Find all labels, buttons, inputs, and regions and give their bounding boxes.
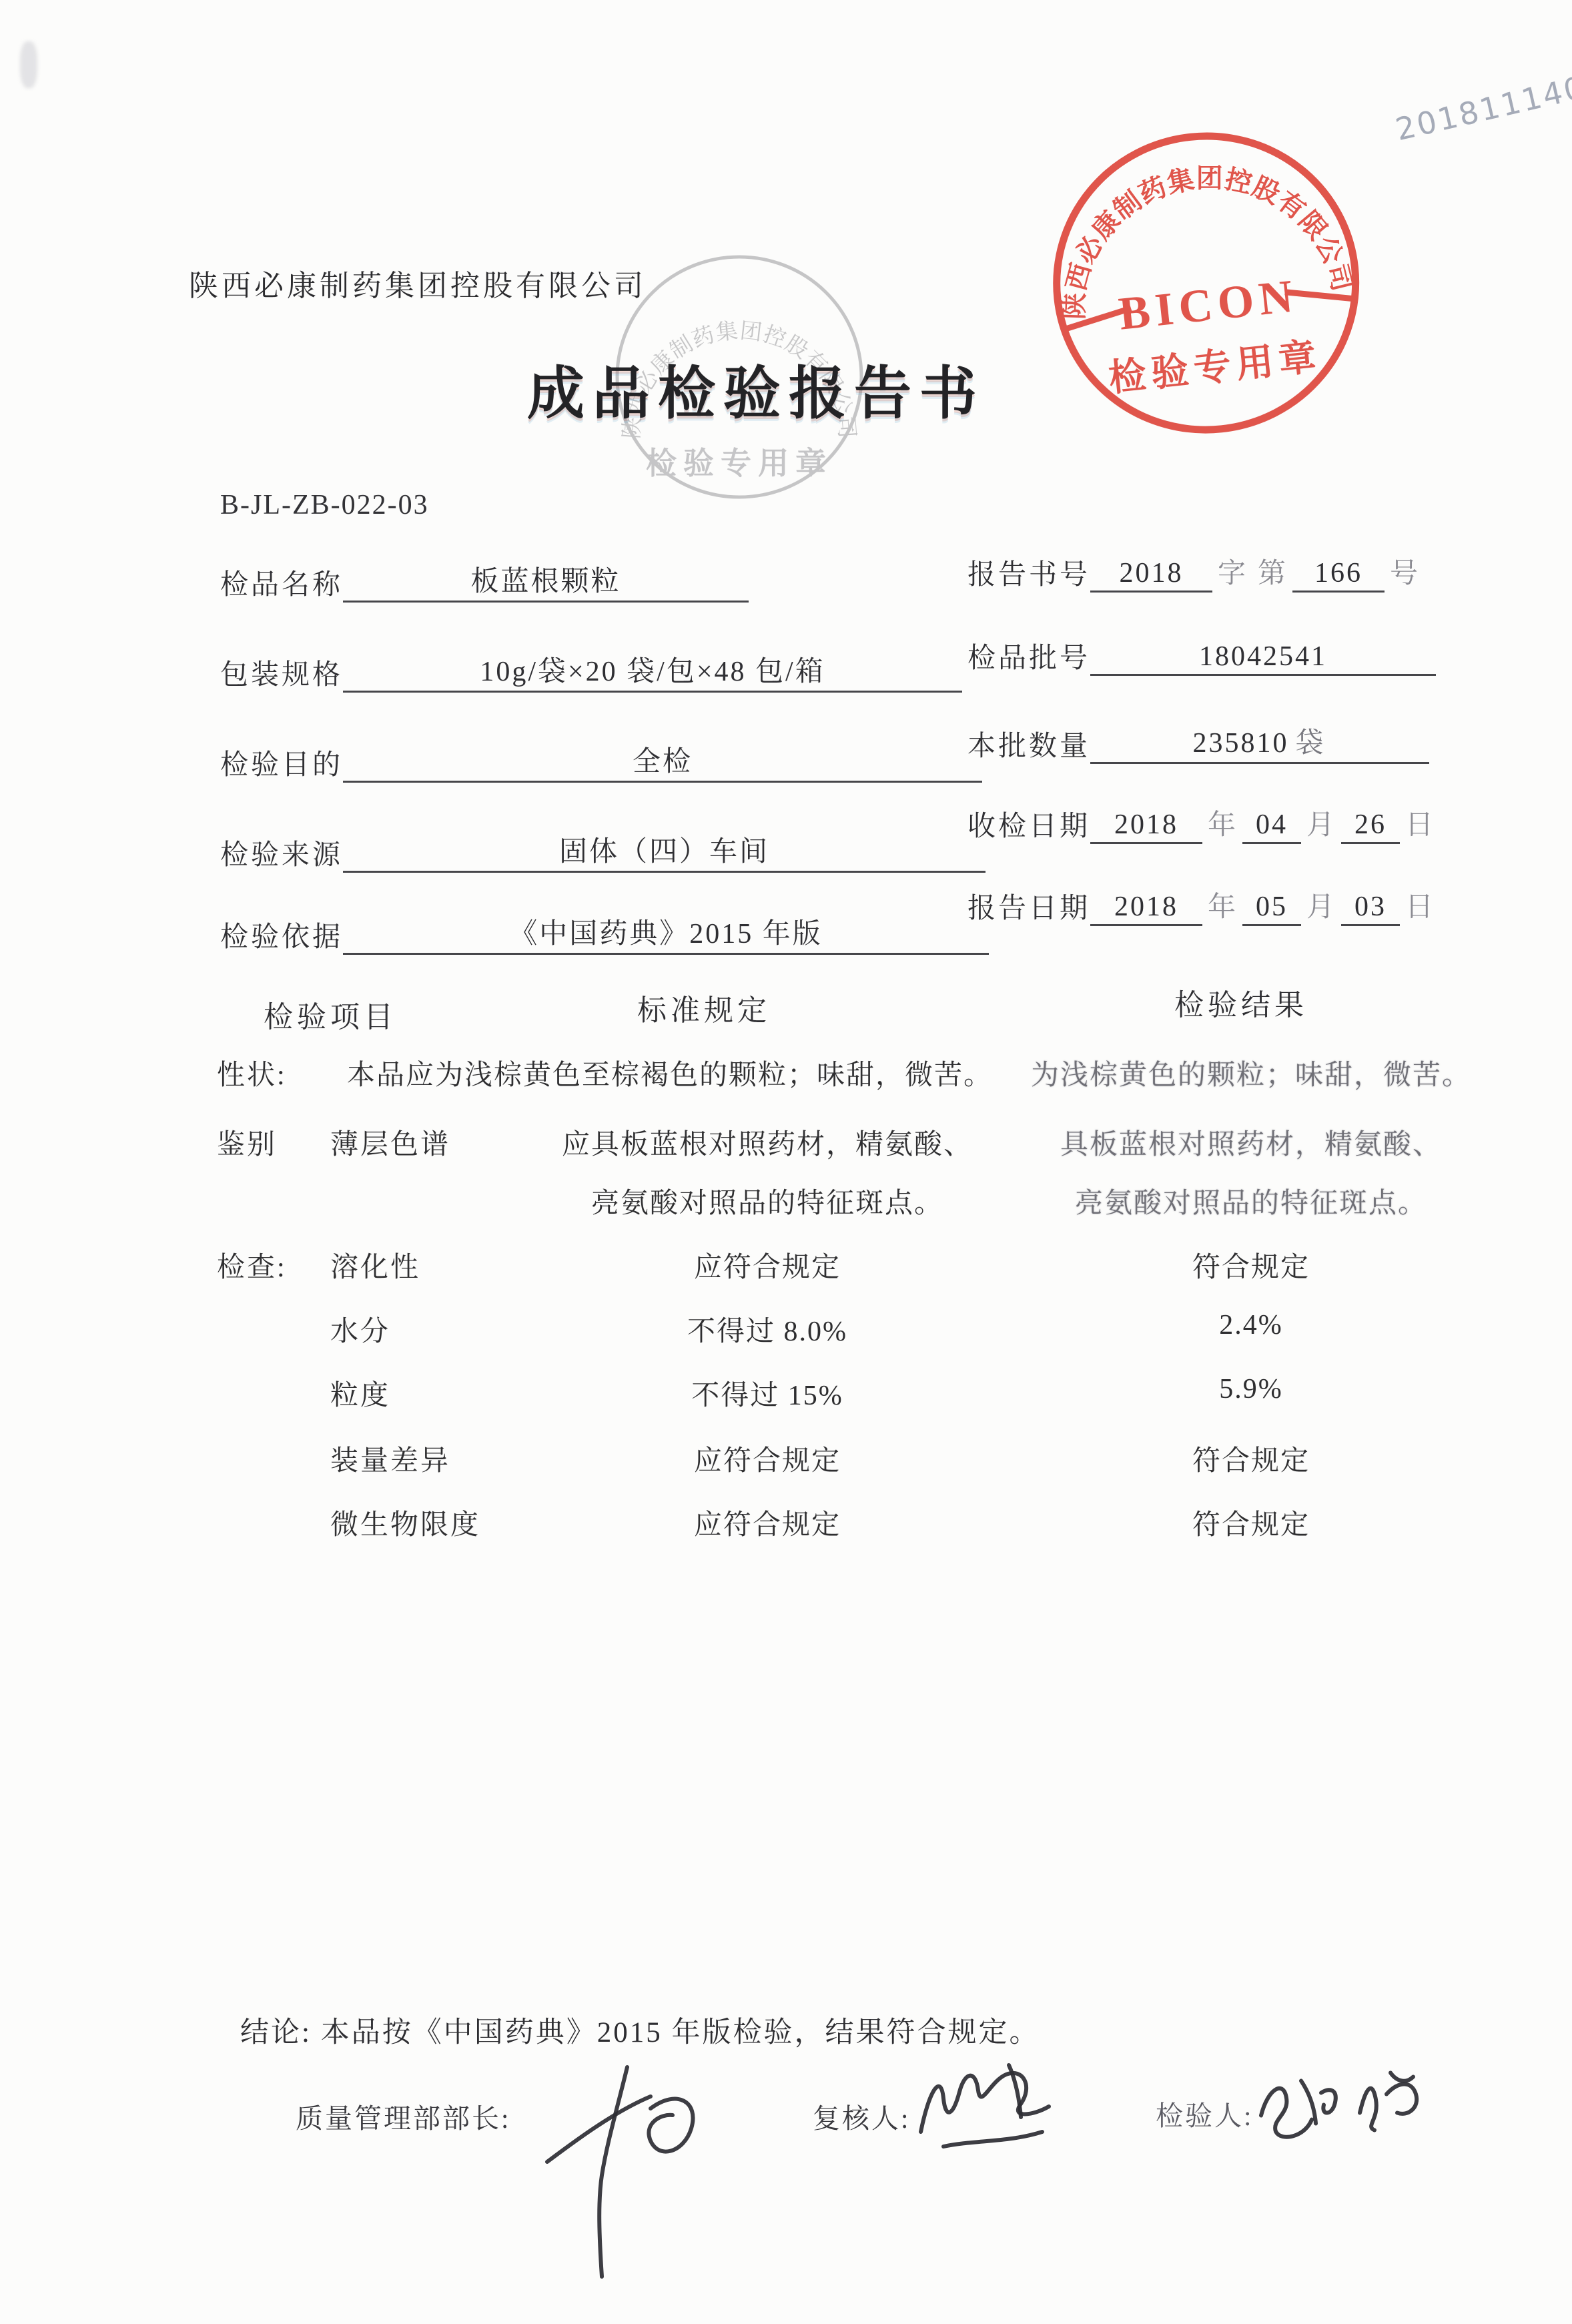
field-label: 报告书号	[967, 552, 1090, 593]
field-label: 收检日期	[967, 804, 1090, 844]
svg-text:检验专用章: 检验专用章	[646, 446, 833, 480]
conclusion-text: 结论: 本品按《中国药典》2015 年版检验，结果符合规定。	[240, 2010, 1040, 2050]
table-row: 粒度 不得过 15% 5.9%	[200, 1373, 1535, 1413]
date-day-char: 日	[1400, 803, 1440, 844]
table-row: 检查: 溶化性 应符合规定 符合规定	[200, 1245, 1535, 1285]
field-label: 检验来源	[220, 833, 343, 873]
row-result: 5.9%	[988, 1373, 1515, 1405]
signature-inspector-2	[1349, 2063, 1439, 2143]
date-month: 04	[1242, 809, 1301, 844]
field-sample-name: 检品名称 板蓝根颗粒	[220, 559, 749, 603]
date-day: 26	[1341, 809, 1400, 844]
results-table: 检验项目 标准规定 检验结果 性状: 本品应为浅棕黄色至棕褐色的颗粒；味甜，微苦…	[200, 967, 1535, 1555]
table-row: 微生物限度 应符合规定 符合规定	[200, 1503, 1535, 1543]
field-inspection-purpose: 检验目的 全检	[220, 739, 982, 783]
field-batch-number: 检品批号 18042541	[967, 636, 1436, 676]
field-label: 包装规格	[220, 653, 343, 693]
field-value: 10g/袋×20 袋/包×48 包/箱	[343, 649, 962, 693]
row-result: 具板蓝根对照药材，精氨酸、	[988, 1122, 1515, 1162]
report-no-serial: 166	[1292, 557, 1385, 593]
row-result: 符合规定	[988, 1439, 1515, 1479]
date-month-char: 月	[1301, 803, 1341, 844]
row-result: 符合规定	[988, 1245, 1515, 1285]
scan-smudge	[20, 41, 37, 88]
stamp-bottom-text: 检验专用章	[1107, 336, 1324, 400]
report-title: 成品检验报告书	[527, 347, 1034, 430]
signature-inspector-1	[1249, 2067, 1342, 2151]
manager-label: 质量管理部部长:	[296, 2096, 510, 2136]
field-value: 《中国药典》2015 年版	[343, 911, 989, 955]
field-label: 检验目的	[220, 743, 343, 783]
field-pack-spec: 包装规格 10g/袋×20 袋/包×48 包/箱	[220, 649, 962, 693]
field-received-date: 收检日期 2018 年 04 月 26 日	[967, 803, 1440, 844]
field-label: 检品批号	[967, 636, 1090, 676]
field-report-date: 报告日期 2018 年 05 月 03 日	[967, 885, 1440, 926]
table-row: 水分 不得过 8.0% 2.4%	[200, 1309, 1535, 1349]
date-day-char: 日	[1400, 885, 1440, 926]
date-year: 2018	[1090, 809, 1202, 844]
table-row: 装量差异 应符合规定 符合规定	[200, 1439, 1535, 1479]
scanned-report-page: 20181114013 陕西必康制药集团控股有限公司 检验专用章 陕西必康制药集…	[0, 0, 1572, 2324]
column-header-item: 检验项目	[264, 993, 397, 1036]
red-inspection-stamp: 陕西必康制药集团控股有限公司 BICON 检验专用章	[1031, 112, 1382, 458]
date-month-char: 月	[1301, 885, 1341, 926]
table-row: 性状: 本品应为浅棕黄色至棕褐色的颗粒；味甜，微苦。 为浅棕黄色的颗粒；味甜，微…	[200, 1053, 1535, 1093]
field-inspection-source: 检验来源 固体（四）车间	[220, 829, 986, 873]
document-code: B-JL-ZB-022-03	[220, 489, 429, 521]
date-month: 05	[1242, 891, 1301, 926]
field-label: 检品名称	[220, 562, 343, 603]
field-label: 本批数量	[967, 724, 1090, 764]
handwritten-archive-number: 20181114013	[1392, 59, 1572, 147]
report-no-word-zi: 字	[1212, 551, 1252, 593]
report-no-word-hao: 号	[1385, 551, 1425, 593]
signature-reviewer	[909, 2052, 1062, 2175]
row-result: 符合规定	[988, 1503, 1515, 1543]
date-day: 03	[1341, 891, 1400, 926]
company-name: 陕西必康制药集团控股有限公司	[189, 262, 647, 304]
field-value: 板蓝根颗粒	[343, 559, 749, 603]
field-inspection-basis: 检验依据 《中国药典》2015 年版	[220, 911, 989, 955]
row-result: 2.4%	[988, 1309, 1515, 1341]
date-year: 2018	[1090, 891, 1202, 926]
date-year-char: 年	[1202, 803, 1242, 844]
report-no-year: 2018	[1090, 557, 1212, 593]
row-category: 检查:	[217, 1245, 287, 1285]
column-header-standard: 标准规定	[637, 986, 771, 1029]
field-report-number: 报告书号 2018 字 第 166 号	[967, 551, 1425, 593]
table-row: 亮氨酸对照品的特征斑点。 亮氨酸对照品的特征斑点。	[200, 1181, 1535, 1221]
signature-manager	[527, 2058, 714, 2285]
field-value: 18042541	[1090, 641, 1436, 676]
date-year-char: 年	[1202, 885, 1242, 926]
field-value: 235810袋	[1090, 721, 1429, 764]
stamp-brand-text: BICON	[1116, 270, 1300, 340]
field-label: 检验依据	[220, 915, 343, 955]
report-no-word-di: 第	[1252, 551, 1292, 593]
column-header-result: 检验结果	[1174, 981, 1308, 1024]
row-result: 为浅棕黄色的颗粒；味甜，微苦。	[988, 1053, 1515, 1093]
field-batch-quantity: 本批数量 235810袋	[967, 721, 1429, 764]
reviewer-label: 复核人:	[813, 2096, 910, 2136]
quantity-unit: 袋	[1289, 728, 1327, 760]
row-category: 性状:	[217, 1053, 287, 1093]
field-value: 固体（四）车间	[343, 829, 986, 873]
field-value: 全检	[343, 739, 982, 783]
inspector-label: 检验人:	[1156, 2094, 1253, 2133]
row-category: 鉴别	[217, 1122, 277, 1162]
field-label: 报告日期	[967, 886, 1090, 926]
table-row: 鉴别 薄层色谱 应具板蓝根对照药材，精氨酸、 具板蓝根对照药材，精氨酸、	[200, 1122, 1535, 1162]
row-result: 亮氨酸对照品的特征斑点。	[988, 1181, 1515, 1221]
